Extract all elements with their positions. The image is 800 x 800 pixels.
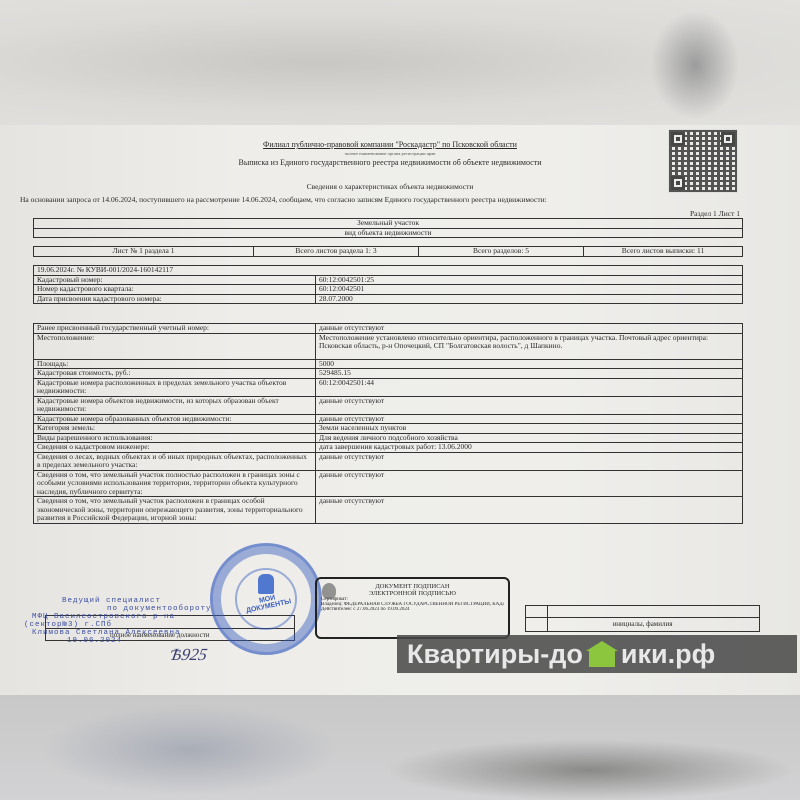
table-row: Категория земель:Земли населенных пункто… — [34, 424, 743, 434]
row-label: Кадастровая стоимость, руб.: — [34, 369, 316, 379]
table-row: Кадастровые номера объектов недвижимости… — [34, 396, 743, 414]
details-table: Ранее присвоенный государственный учетны… — [33, 323, 743, 524]
document-title: Выписка из Единого государственного реес… — [150, 158, 630, 167]
organization-caption: полное наименование органа регистрации п… — [210, 151, 570, 156]
row-label: Сведения о том, что земельный участок по… — [34, 470, 316, 497]
row-value: Земли населенных пунктов — [316, 424, 743, 434]
cadastral-number: 60:12:0042501:25 — [316, 275, 743, 285]
row-value: 60:12:0042501:44 — [316, 378, 743, 396]
row-label: Кадастровые номера объектов недвижимости… — [34, 396, 316, 414]
row-label: Кадастровые номера расположенных в преде… — [34, 378, 316, 396]
qr-code-icon — [668, 129, 738, 193]
row-value: данные отсутствуют — [316, 452, 743, 470]
total-section-sheets: Всего листов раздела 1: 3 — [254, 247, 419, 257]
certification-date: 19.06.2024 — [62, 637, 212, 645]
watermark-text-start: Квартиры-до — [407, 635, 583, 673]
organization-name: Филиал публично-правовой компании "Роска… — [210, 140, 570, 149]
table-row: Ранее присвоенный государственный учетны… — [34, 324, 743, 334]
record-number: 19.06.2024г. № КУВИ-001/2024-160142117 — [34, 266, 743, 276]
object-type-table: Земельный участок вид объекта недвижимос… — [33, 218, 743, 238]
document-page: Филиал публично-правовой компании "Роска… — [0, 125, 800, 695]
table-row: Сведения о лесах, водных объектах и об и… — [34, 452, 743, 470]
site-watermark: Квартиры-до ики.рф — [397, 635, 797, 673]
row-label: Сведения о лесах, водных объектах и об и… — [34, 452, 316, 470]
row-label: Номер кадастрового квартала: — [34, 285, 316, 295]
specialist-name: Климова Светлана Алексеевна — [32, 629, 212, 637]
table-row: Кадастровый номер: 60:12:0042501:25 — [34, 275, 743, 285]
total-extract-sheets: Всего листов выписки: 11 — [584, 247, 743, 257]
record-table: 19.06.2024г. № КУВИ-001/2024-160142117 К… — [33, 265, 743, 304]
initials-caption: инициалы, фамилия — [525, 618, 760, 632]
specialist-sector: (сектор№3) г.СПб — [24, 621, 212, 629]
cadastral-quarter: 60:12:0042501 — [316, 285, 743, 295]
table-row: Кадастровая стоимость, руб.:529485.15 — [34, 369, 743, 379]
table-row: Номер кадастрового квартала: 60:12:00425… — [34, 285, 743, 295]
specialist-department: по документообороту — [62, 605, 212, 613]
esign-title: ДОКУМЕНТ ПОДПИСАН — [321, 583, 504, 590]
specialist-title: Ведущий специалист — [62, 597, 212, 605]
table-row: Местоположение:Местоположение установлен… — [34, 333, 743, 359]
handwritten-signature: Ѣ925 — [168, 645, 209, 665]
esign-subtitle: ЭЛЕКТРОННОЙ ПОДПИСЬЮ — [321, 590, 504, 597]
row-value: дата завершения кадастровых работ: 13.06… — [316, 443, 743, 453]
table-row: Сведения о том, что земельный участок по… — [34, 470, 743, 497]
sheet-number: Лист № 1 раздела 1 — [34, 247, 254, 257]
mfc-seal-stamp: МОИ ДОКУМЕНТЫ — [210, 543, 322, 655]
initials-field: инициалы, фамилия — [525, 605, 760, 632]
electronic-signature-block: ДОКУМЕНТ ПОДПИСАН ЭЛЕКТРОННОЙ ПОДПИСЬЮ С… — [315, 577, 510, 639]
section-label: Раздел 1 Лист 1 — [640, 209, 740, 218]
row-value: данные отсутствуют — [316, 396, 743, 414]
row-value: данные отсутствуют — [316, 497, 743, 524]
row-value: данные отсутствуют — [316, 324, 743, 334]
background-top-blur — [0, 0, 800, 125]
object-type: Земельный участок — [34, 219, 743, 229]
row-value: Местоположение установлено относительно … — [316, 333, 743, 359]
valid-label: Действителен: — [321, 607, 352, 612]
watermark-text-end: ики.рф — [621, 635, 715, 673]
row-label: Сведения о том, что земельный участок ра… — [34, 497, 316, 524]
sheets-table: Лист № 1 раздела 1 Всего листов раздела … — [33, 246, 743, 257]
specialist-office: МФЦ Василеостровского р-на — [32, 613, 212, 621]
document-subtitle: Сведения о характеристиках объекта недви… — [150, 182, 630, 191]
background-bottom-blur — [0, 695, 800, 800]
row-label: Дата присвоения кадастрового номера: — [34, 294, 316, 304]
table-row: Сведения о том, что земельный участок ра… — [34, 497, 743, 524]
table-row: Площадь:5000 — [34, 359, 743, 369]
specialist-stamp-text: Ведущий специалист по документообороту М… — [62, 597, 212, 645]
valid-value: с 27.06.2023 по 19.09.2024 — [353, 607, 409, 612]
table-row: Сведения о кадастровом инженере:дата зав… — [34, 443, 743, 453]
row-label: Ранее присвоенный государственный учетны… — [34, 324, 316, 334]
row-label: Местоположение: — [34, 333, 316, 359]
assignment-date: 28.07.2000 — [316, 294, 743, 304]
row-label: Сведения о кадастровом инженере: — [34, 443, 316, 453]
my-documents-logo-icon — [258, 574, 274, 594]
table-row: Дата присвоения кадастрового номера: 28.… — [34, 294, 743, 304]
row-value: данные отсутствуют — [316, 470, 743, 497]
row-value: 5000 — [316, 359, 743, 369]
row-label: Категория земель: — [34, 424, 316, 434]
object-type-caption: вид объекта недвижимости — [34, 228, 743, 238]
table-row: Кадастровые номера расположенных в преде… — [34, 378, 743, 396]
coat-of-arms-icon — [322, 583, 336, 599]
house-logo-icon — [584, 641, 620, 667]
total-sections: Всего разделов: 5 — [419, 247, 584, 257]
row-value: 529485.15 — [316, 369, 743, 379]
basis-statement: На основании запроса от 14.06.2024, пост… — [20, 195, 740, 204]
